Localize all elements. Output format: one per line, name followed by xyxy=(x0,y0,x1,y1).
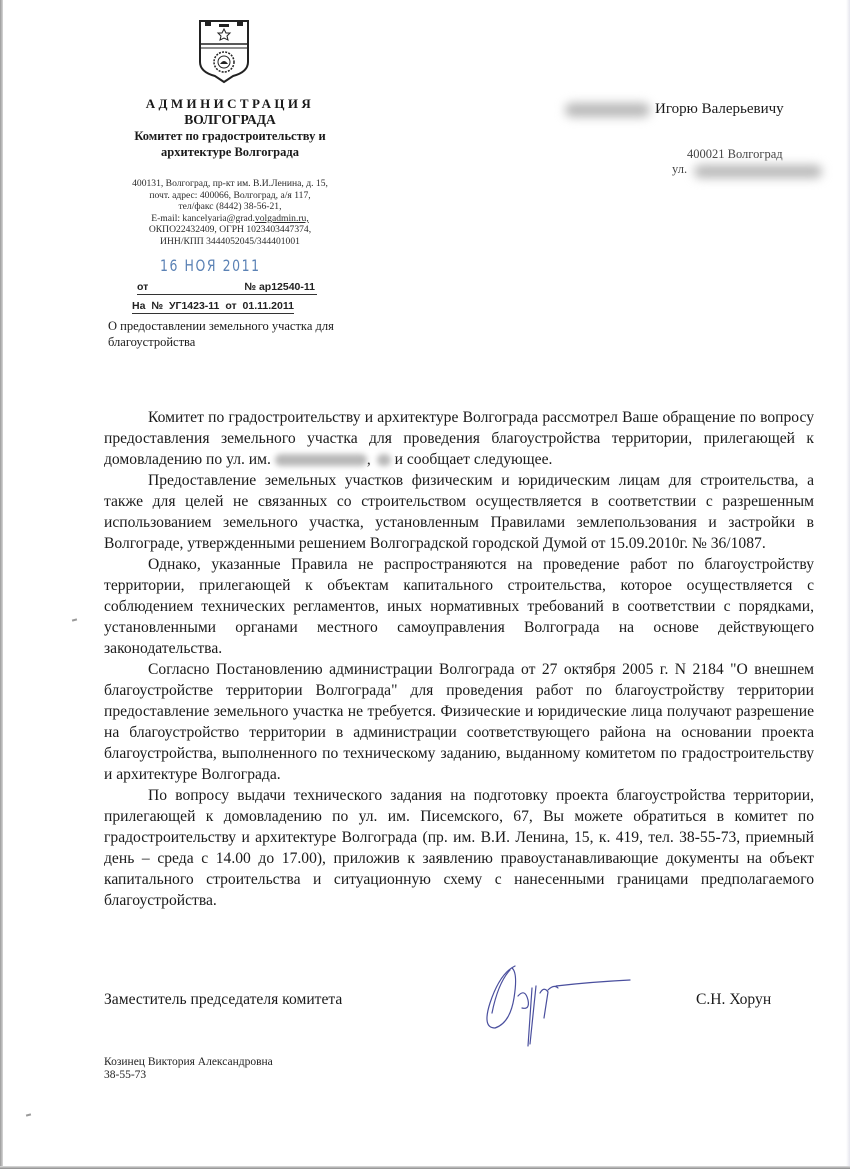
addressee-street-label: ул. xyxy=(672,162,687,177)
from-label: от xyxy=(137,281,148,293)
dept-line-1: Комитет по градостроительству и xyxy=(100,128,360,144)
org-contacts: 400131, Волгоград, пр-кт им. В.И.Ленина,… xyxy=(100,178,360,248)
scan-speck xyxy=(72,618,77,621)
email-link[interactable]: volgadmin.ru, xyxy=(255,213,309,224)
signatory-title: Заместитель председателя комитета xyxy=(104,991,342,1009)
redacted-street-name xyxy=(275,454,367,466)
reply-to-line: На № УГ1423-11 от 01.11.2011 xyxy=(132,300,294,314)
date-stamp: 16 НОЯ 2011 xyxy=(160,256,261,275)
paragraph-1: Комитет по градостроительству и архитект… xyxy=(104,407,814,470)
paragraph-4: Согласно Постановлению администрации Вол… xyxy=(104,659,814,785)
letter-body: Комитет по градостроительству и архитект… xyxy=(104,407,814,911)
contact-email: E-mail: kancelyaria@grad.volgadmin.ru, xyxy=(100,213,360,225)
outgoing-number: № ар12540-11 xyxy=(244,281,315,293)
executor-phone: 38-55-73 xyxy=(104,1069,273,1082)
coat-of-arms-icon xyxy=(197,18,251,84)
addressee-zip-city: 400021 Волгоград xyxy=(687,147,783,162)
addressee-name: Игорю Валерьевичу xyxy=(655,101,784,118)
org-department: Комитет по градостроительству и архитект… xyxy=(100,128,360,160)
scan-edge-right xyxy=(846,0,850,1169)
contact-okpo: ОКПО22432409, ОГРН 1023403447374, xyxy=(100,224,360,236)
paragraph-2: Предоставление земельных участков физиче… xyxy=(104,470,814,554)
redacted-surname xyxy=(565,103,650,117)
org-city: ВОЛГОГРАДА xyxy=(100,112,360,128)
contact-phone: тел/факс (8442) 38-56-21, xyxy=(100,201,360,213)
registration-number-line: от № ар12540-11 xyxy=(137,281,317,295)
contact-address: 400131, Волгоград, пр-кт им. В.И.Ленина,… xyxy=(100,178,360,190)
org-name: АДМИНИСТРАЦИЯ xyxy=(100,96,360,112)
handwritten-signature-icon xyxy=(470,958,640,1048)
redacted-street xyxy=(694,165,822,178)
scan-edge-left xyxy=(0,0,3,1169)
paragraph-3: Однако, указанные Правила не распростран… xyxy=(104,554,814,659)
signatory-name: С.Н. Хорун xyxy=(696,991,771,1009)
executor-name: Козинец Виктория Александровна xyxy=(104,1056,273,1069)
contact-postal: почт. адрес: 400066, Волгоград, а/я 117, xyxy=(100,190,360,202)
contact-inn: ИНН/КПП 3444052045/344401001 xyxy=(100,236,360,248)
scan-speck xyxy=(26,1113,31,1116)
executor-info: Козинец Виктория Александровна 38-55-73 xyxy=(104,1056,273,1082)
dept-line-2: архитектуре Волгограда xyxy=(100,144,360,160)
letter-subject: О предоставлении земельного участка для … xyxy=(108,318,358,350)
paragraph-5: По вопросу выдачи технического задания н… xyxy=(104,785,814,911)
redacted-house-number xyxy=(377,454,391,466)
